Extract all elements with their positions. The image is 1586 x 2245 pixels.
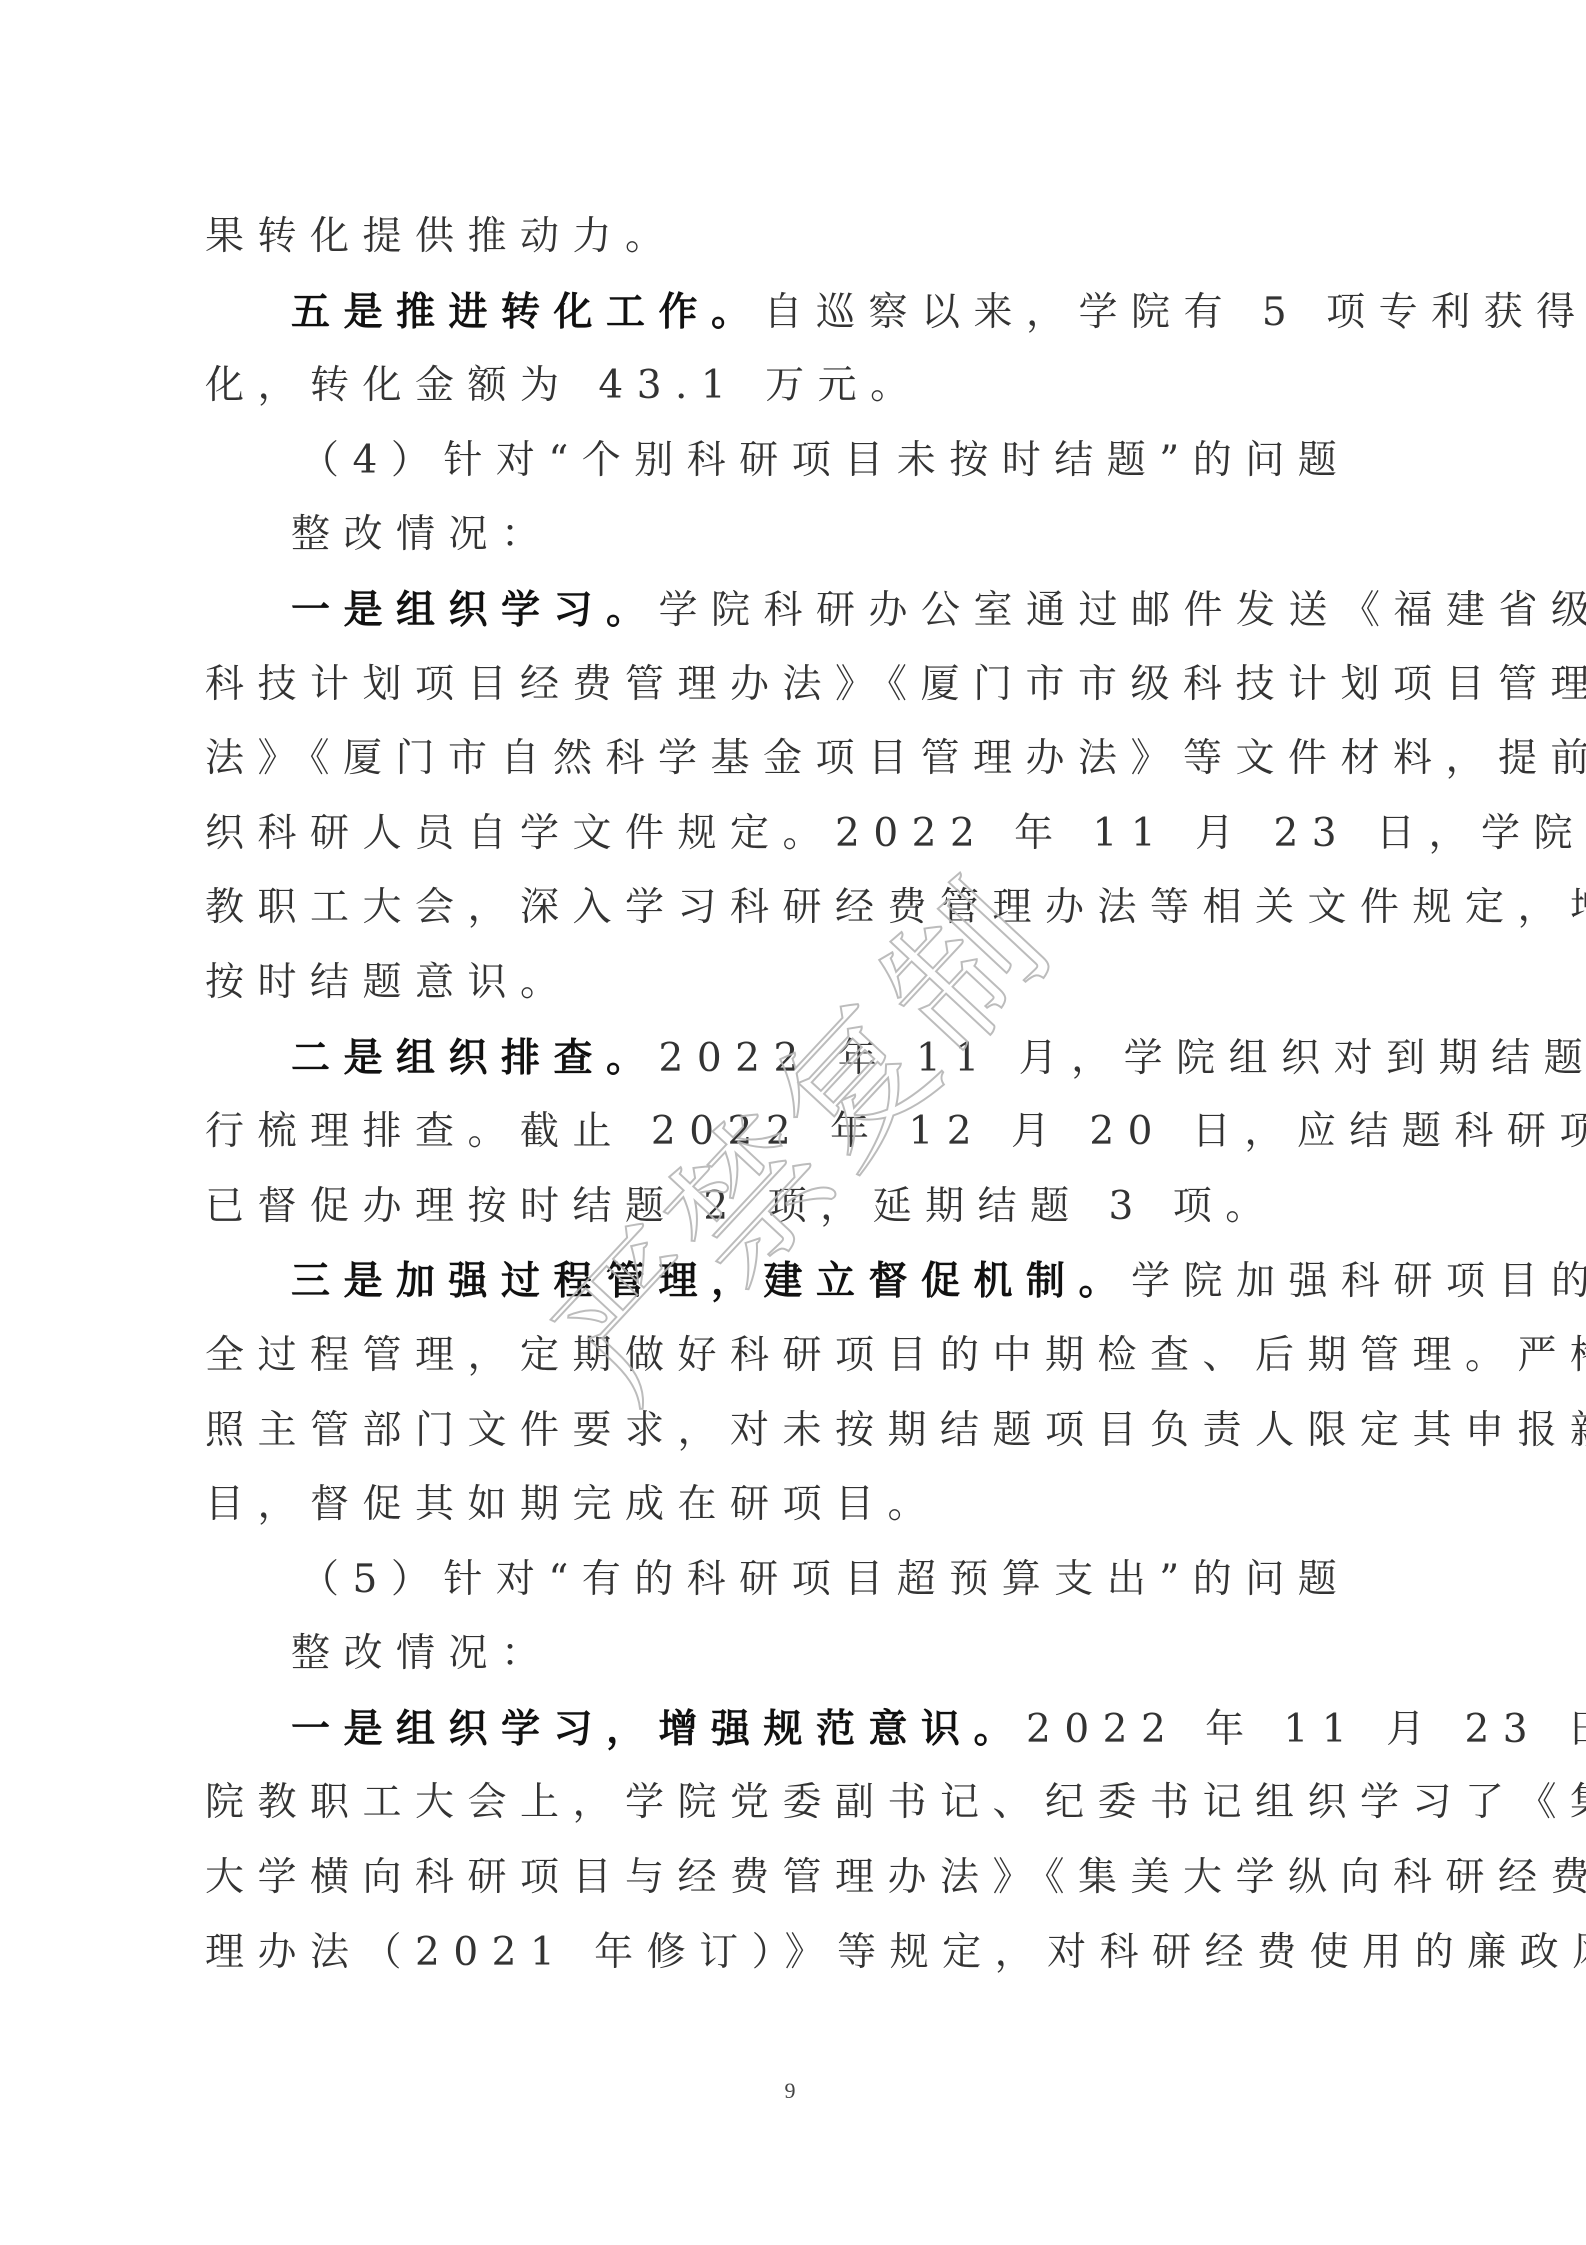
- line-text: 大学横向科研项目与经费管理办法》《集美大学纵向科研经费管: [205, 1855, 1586, 1900]
- section-heading-5: （5）针对“有的科研项目超预算支出”的问题: [205, 1543, 1375, 1618]
- document-page: 果转化提供推动力。 五是推进转化工作。自巡察以来，学院有 5 项专利获得转 化，…: [0, 0, 1586, 2245]
- text-line: 法》《厦门市自然科学基金项目管理办法》等文件材料，提前组: [205, 722, 1375, 797]
- text-line: 照主管部门文件要求，对未按期结题项目负责人限定其申报新项: [205, 1394, 1375, 1469]
- paragraph-line-item-1: 一是组织学习。学院科研办公室通过邮件发送《福建省级: [205, 573, 1375, 648]
- line-text: 已督促办理按时结题 2 项，延期结题 3 项。: [205, 1184, 1278, 1229]
- line-text: 理办法（2021 年修订）》等规定，对科研经费使用的廉政风险点: [205, 1930, 1586, 1975]
- line-text: 照主管部门文件要求，对未按期结题项目负责人限定其申报新项: [205, 1408, 1586, 1453]
- lead-heading-item-1b: 一是组织学习，增强规范意识。: [291, 1706, 1026, 1752]
- line-text: 院教职工大会上，学院党委副书记、纪委书记组织学习了《集美: [205, 1780, 1586, 1825]
- text-line: 理办法（2021 年修订）》等规定，对科研经费使用的廉政风险点: [205, 1916, 1375, 1991]
- text-line: 果转化提供推动力。: [205, 200, 1375, 275]
- line-text: 2022 年 11 月 23 日，在全: [1026, 1707, 1586, 1752]
- text-line: 院教职工大会上，学院党委副书记、纪委书记组织学习了《集美: [205, 1766, 1375, 1841]
- lead-heading-item-1: 一是组织学习。: [291, 587, 659, 633]
- rectification-label: 整改情况：: [205, 498, 1375, 573]
- line-text: 科技计划项目经费管理办法》《厦门市市级科技计划项目管理办: [205, 662, 1586, 707]
- text-line: 科技计划项目经费管理办法》《厦门市市级科技计划项目管理办: [205, 648, 1375, 723]
- line-text: 全过程管理，定期做好科研项目的中期检查、后期管理。严格按: [205, 1333, 1586, 1378]
- line-text: 目，督促其如期完成在研项目。: [205, 1482, 940, 1527]
- line-text: 按时结题意识。: [205, 960, 573, 1005]
- paragraph-line-item-1b: 一是组织学习，增强规范意识。2022 年 11 月 23 日，在全: [205, 1692, 1375, 1767]
- lead-heading-item-2: 二是组织排查。: [291, 1035, 659, 1081]
- paragraph-line-item-5: 五是推进转化工作。自巡察以来，学院有 5 项专利获得转: [205, 275, 1375, 350]
- line-text: 学院科研办公室通过邮件发送《福建省级: [659, 588, 1586, 633]
- text-line: 化，转化金额为 43.1 万元。: [205, 349, 1375, 424]
- section-heading-text: （4）针对“个别科研项目未按时结题”的问题: [300, 438, 1350, 483]
- line-text: 教职工大会，深入学习科研经费管理办法等相关文件规定，增强: [205, 885, 1586, 930]
- paragraph-line-item-2: 二是组织排查。2022 年 11 月，学院组织对到期结题项目进: [205, 1021, 1375, 1096]
- text-line: 大学横向科研项目与经费管理办法》《集美大学纵向科研经费管: [205, 1841, 1375, 1916]
- paragraph-line-item-3: 三是加强过程管理，建立督促机制。学院加强科研项目的: [205, 1244, 1375, 1319]
- line-text: 织科研人员自学文件规定。2022 年 11 月 23 日，学院召开全院: [205, 811, 1586, 856]
- text-line: 行梳理排查。截止 2022 年 12 月 20 日，应结题科研项目共 5 项，: [205, 1095, 1375, 1170]
- text-line: 已督促办理按时结题 2 项，延期结题 3 项。: [205, 1170, 1375, 1245]
- section-heading-text: （5）针对“有的科研项目超预算支出”的问题: [300, 1557, 1350, 1602]
- line-text: 化，转化金额为 43.1 万元。: [205, 363, 923, 408]
- text-line: 织科研人员自学文件规定。2022 年 11 月 23 日，学院召开全院: [205, 797, 1375, 872]
- label-text: 整改情况：: [291, 1631, 554, 1676]
- line-text: 学院加强科研项目的: [1131, 1259, 1586, 1304]
- section-heading-4: （4）针对“个别科研项目未按时结题”的问题: [205, 424, 1375, 499]
- document-body: 果转化提供推动力。 五是推进转化工作。自巡察以来，学院有 5 项专利获得转 化，…: [205, 200, 1375, 1990]
- text-line: 按时结题意识。: [205, 946, 1375, 1021]
- rectification-label: 整改情况：: [205, 1617, 1375, 1692]
- text-line: 目，督促其如期完成在研项目。: [205, 1468, 1375, 1543]
- page-number: 9: [778, 2078, 802, 2104]
- lead-heading-item-5: 五是推进转化工作。: [291, 289, 764, 335]
- line-text: 法》《厦门市自然科学基金项目管理办法》等文件材料，提前组: [205, 736, 1586, 781]
- label-text: 整改情况：: [291, 512, 554, 557]
- line-text: 自巡察以来，学院有 5 项专利获得转: [764, 290, 1586, 335]
- lead-heading-item-3: 三是加强过程管理，建立督促机制。: [291, 1258, 1131, 1304]
- line-text: 果转化提供推动力。: [205, 214, 678, 259]
- text-line: 全过程管理，定期做好科研项目的中期检查、后期管理。严格按: [205, 1319, 1375, 1394]
- text-line: 教职工大会，深入学习科研经费管理办法等相关文件规定，增强: [205, 871, 1375, 946]
- line-text: 2022 年 11 月，学院组织对到期结题项目进: [659, 1036, 1586, 1081]
- line-text: 行梳理排查。截止 2022 年 12 月 20 日，应结题科研项目共 5 项，: [205, 1109, 1586, 1154]
